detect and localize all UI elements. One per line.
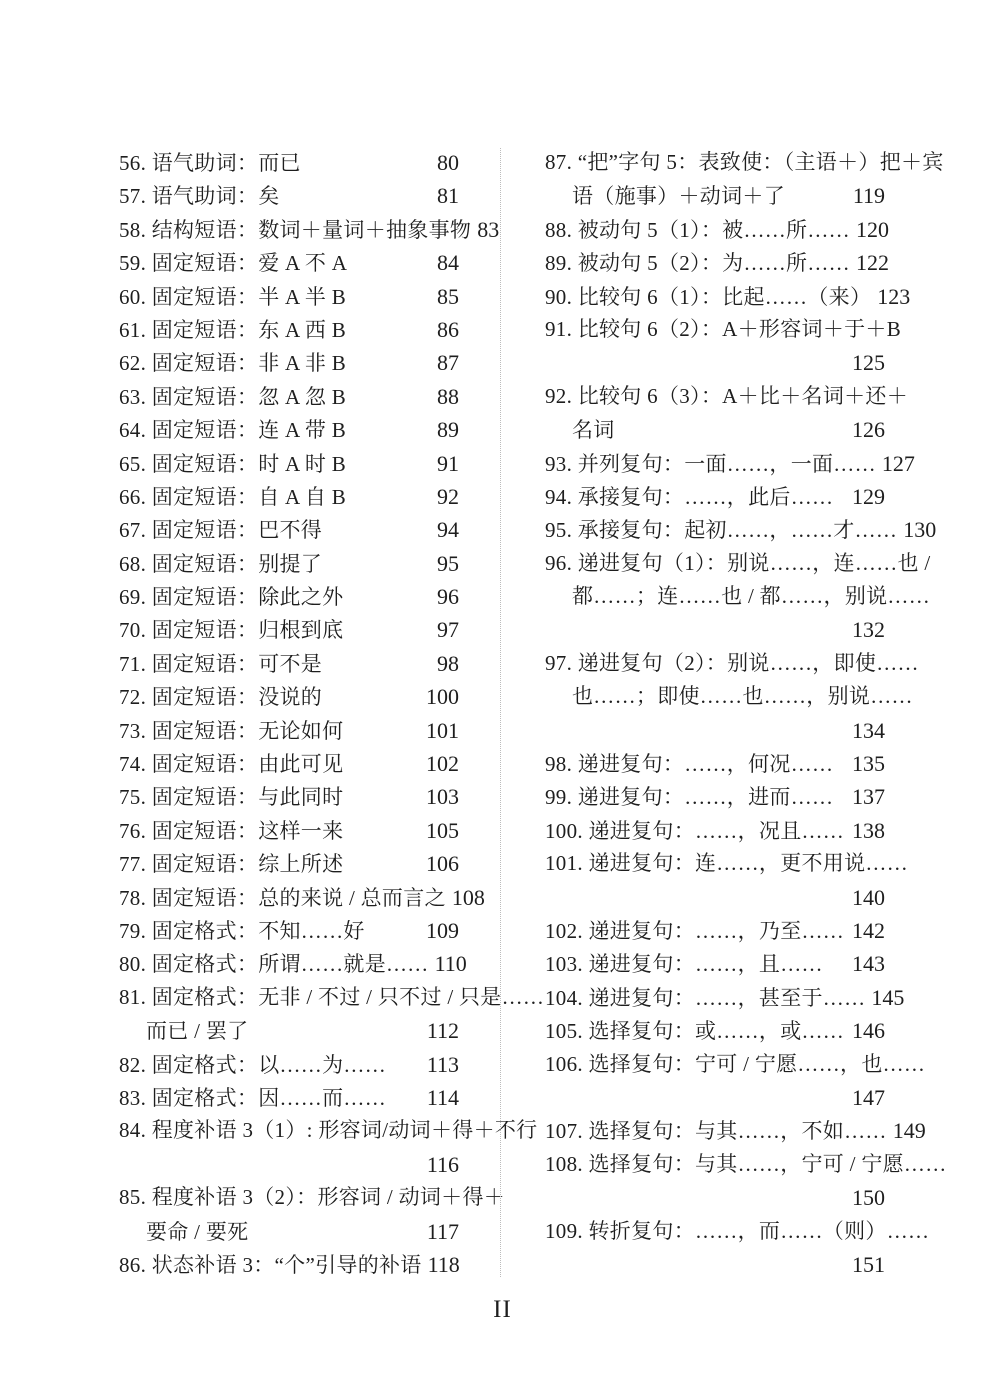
entry-text: 63. 固定短语：忽 A 忽 B — [119, 381, 346, 414]
entry-text: 语（施事）＋动词＋了 — [572, 180, 785, 213]
toc-entry-line: 56. 语气助词：而已80 — [119, 146, 459, 179]
page-number: 119 — [853, 179, 885, 212]
toc-entry-line: 150 — [545, 1181, 885, 1214]
page-number: 137 — [852, 780, 885, 813]
entry-text: 而已 / 罢了 — [146, 1015, 248, 1048]
page-number: 113 — [427, 1048, 459, 1081]
page-number: 84 — [437, 246, 459, 279]
page-number: 118 — [428, 1248, 460, 1281]
page-number: 100 — [426, 680, 459, 713]
page-number: 101 — [426, 714, 459, 747]
toc-entry-line: 75. 固定短语：与此同时103 — [119, 780, 459, 813]
toc-entry-line: 76. 固定短语：这样一来105 — [119, 814, 459, 847]
page-number: 117 — [427, 1215, 459, 1248]
entry-text: 104. 递进复句：……，甚至于…… — [545, 982, 865, 1015]
toc-entry-line: 98. 递进复句：……，何况……135 — [545, 747, 885, 780]
toc-entry-line: 65. 固定短语：时 A 时 B91 — [119, 447, 459, 480]
toc-entry-line: 59. 固定短语：爱 A 不 A84 — [119, 246, 459, 279]
entry-text: 75. 固定短语：与此同时 — [119, 781, 343, 814]
page-number: 98 — [437, 647, 459, 680]
entry-text: 92. 比较句 6（3）：A＋比＋名词＋还＋ — [545, 380, 908, 413]
toc-entry-line: 96. 递进复句（1）：别说……，连……也 / — [545, 547, 885, 580]
toc-entry-line: 61. 固定短语：东 A 西 B86 — [119, 313, 459, 346]
page-number: 135 — [852, 747, 885, 780]
entry-text: 84. 程度补语 3（1）: 形容词/动词＋得＋不行 — [119, 1114, 537, 1147]
toc-entry-line: 也……；即使……也……，别说…… — [545, 680, 885, 713]
entry-text: 99. 递进复句：……，进而…… — [545, 781, 833, 814]
toc-entry-line: 57. 语气助词：矣81 — [119, 179, 459, 212]
toc-entry-line: 62. 固定短语：非 A 非 B87 — [119, 346, 459, 379]
toc-entry-line: 67. 固定短语：巴不得94 — [119, 513, 459, 546]
entry-text: 107. 选择复句：与其……，不如…… — [545, 1115, 887, 1148]
page-number: 88 — [437, 380, 459, 413]
page-number: 120 — [856, 213, 889, 246]
entry-text: 83. 固定格式：因……而…… — [119, 1082, 386, 1115]
toc-entry-line: 151 — [545, 1248, 885, 1281]
entry-text: 74. 固定短语：由此可见 — [119, 748, 343, 781]
toc-entry-line: 86. 状态补语 3：“个”引导的补语118 — [119, 1248, 459, 1281]
toc-entry-line: 71. 固定短语：可不是98 — [119, 647, 459, 680]
toc-entry-line: 78. 固定短语：总的来说 / 总而言之108 — [119, 881, 459, 914]
page-number: 91 — [437, 447, 459, 480]
toc-entry-line: 100. 递进复句：……，况且……138 — [545, 814, 885, 847]
toc-entry-line: 95. 承接复句：起初……，……才……130 — [545, 513, 885, 546]
toc-right-column: 87. “把”字句 5：表致使：（主语＋）把＋宾语（施事）＋动词＋了11988.… — [545, 146, 885, 1281]
page-number: 125 — [852, 346, 885, 379]
toc-entry-line: 132 — [545, 613, 885, 646]
page-number: 80 — [437, 146, 459, 179]
entry-text: 103. 递进复句：……，且…… — [545, 948, 823, 981]
page-number: 145 — [871, 981, 904, 1014]
entry-text: 89. 被动句 5（2）：为……所…… — [545, 247, 850, 280]
toc-left-column: 56. 语气助词：而已8057. 语气助词：矣8158. 结构短语：数词＋量词＋… — [119, 146, 459, 1281]
entry-text: 68. 固定短语：别提了 — [119, 548, 322, 581]
entry-text: 82. 固定格式：以……为…… — [119, 1049, 386, 1082]
page-number: 150 — [852, 1181, 885, 1214]
toc-entry-line: 名词126 — [545, 413, 885, 446]
page-number: 138 — [852, 814, 885, 847]
entry-text: 73. 固定短语：无论如何 — [119, 715, 343, 748]
entry-text: 86. 状态补语 3：“个”引导的补语 — [119, 1249, 422, 1282]
toc-entry-line: 74. 固定短语：由此可见102 — [119, 747, 459, 780]
page-number: 146 — [852, 1014, 885, 1047]
toc-entry-line: 68. 固定短语：别提了95 — [119, 547, 459, 580]
entry-text: 64. 固定短语：连 A 带 B — [119, 414, 346, 447]
toc-entry-line: 79. 固定格式：不知……好109 — [119, 914, 459, 947]
page-number: 123 — [877, 280, 910, 313]
toc-entry-line: 87. “把”字句 5：表致使：（主语＋）把＋宾 — [545, 146, 885, 179]
page-number: 151 — [852, 1248, 885, 1281]
toc-entry-line: 89. 被动句 5（2）：为……所……122 — [545, 246, 885, 279]
page-number: 106 — [426, 847, 459, 880]
entry-text: 80. 固定格式：所谓……就是…… — [119, 948, 429, 981]
page-number: 149 — [893, 1114, 926, 1147]
entry-text: 65. 固定短语：时 A 时 B — [119, 448, 346, 481]
entry-text: 56. 语气助词：而已 — [119, 147, 301, 180]
entry-text: 101. 递进复句：连……，更不用说…… — [545, 847, 908, 880]
entry-text: 109. 转折复句：……，而……（则）…… — [545, 1215, 929, 1248]
entry-text: 都……；连……也 / 都……，别说…… — [572, 580, 930, 613]
toc-entry-line: 80. 固定格式：所谓……就是……110 — [119, 947, 459, 980]
page-number: 96 — [437, 580, 459, 613]
toc-entry-line: 69. 固定短语：除此之外96 — [119, 580, 459, 613]
toc-entry-line: 101. 递进复句：连……，更不用说…… — [545, 847, 885, 880]
toc-entry-line: 84. 程度补语 3（1）: 形容词/动词＋得＋不行 — [119, 1114, 459, 1147]
page-number: 81 — [437, 179, 459, 212]
entry-text: 名词 — [572, 414, 615, 447]
toc-entry-line: 140 — [545, 881, 885, 914]
toc-entry-line: 63. 固定短语：忽 A 忽 B88 — [119, 380, 459, 413]
entry-text: 87. “把”字句 5：表致使：（主语＋）把＋宾 — [545, 146, 944, 179]
entry-text: 也……；即使……也……，别说…… — [572, 680, 913, 713]
page-number: 140 — [852, 881, 885, 914]
page-number: 127 — [882, 447, 915, 480]
toc-entry-line: 而已 / 罢了112 — [119, 1014, 459, 1047]
entry-text: 95. 承接复句：起初……，……才…… — [545, 514, 897, 547]
page-number: 83 — [477, 213, 499, 246]
entry-text: 97. 递进复句（2）：别说……，即使…… — [545, 647, 919, 680]
page-number: 130 — [903, 513, 936, 546]
entry-text: 59. 固定短语：爱 A 不 A — [119, 247, 347, 280]
page-number: 105 — [426, 814, 459, 847]
entry-text: 105. 选择复句：或……，或…… — [545, 1015, 844, 1048]
toc-entry-line: 134 — [545, 714, 885, 747]
toc-entry-line: 90. 比较句 6（1）：比起……（来）123 — [545, 280, 885, 313]
entry-text: 70. 固定短语：归根到底 — [119, 614, 343, 647]
page-number: 114 — [427, 1081, 459, 1114]
entry-text: 78. 固定短语：总的来说 / 总而言之 — [119, 882, 446, 915]
page-number: 94 — [437, 513, 459, 546]
entry-text: 102. 递进复句：……，乃至…… — [545, 915, 844, 948]
toc-entry-line: 99. 递进复句：……，进而……137 — [545, 780, 885, 813]
entry-text: 62. 固定短语：非 A 非 B — [119, 347, 346, 380]
page-number: 108 — [452, 881, 485, 914]
toc-entry-line: 93. 并列复句：一面……，一面……127 — [545, 447, 885, 480]
page-footer-number: II — [0, 1296, 1005, 1324]
page-number: 109 — [426, 914, 459, 947]
toc-entry-line: 106. 选择复句：宁可 / 宁愿……，也…… — [545, 1048, 885, 1081]
page-number: 126 — [852, 413, 885, 446]
toc-entry-line: 83. 固定格式：因……而……114 — [119, 1081, 459, 1114]
toc-entry-line: 语（施事）＋动词＋了119 — [545, 179, 885, 212]
page-number: 116 — [427, 1148, 459, 1181]
page-number: 97 — [437, 613, 459, 646]
page-number: 134 — [852, 714, 885, 747]
entry-text: 94. 承接复句：……，此后…… — [545, 481, 833, 514]
page-number: 142 — [852, 914, 885, 947]
toc-entry-line: 108. 选择复句：与其……，宁可 / 宁愿…… — [545, 1148, 885, 1181]
toc-page: 56. 语气助词：而已8057. 语气助词：矣8158. 结构短语：数词＋量词＋… — [0, 0, 1005, 1400]
toc-entry-line: 147 — [545, 1081, 885, 1114]
toc-entry-line: 94. 承接复句：……，此后……129 — [545, 480, 885, 513]
column-divider — [500, 148, 501, 1277]
entry-text: 85. 程度补语 3（2）：形容词 / 动词＋得＋ — [119, 1181, 505, 1214]
toc-entry-line: 66. 固定短语：自 A 自 B92 — [119, 480, 459, 513]
page-number: 129 — [852, 480, 885, 513]
toc-entry-line: 88. 被动句 5（1）：被……所……120 — [545, 213, 885, 246]
page-number: 92 — [437, 480, 459, 513]
entry-text: 69. 固定短语：除此之外 — [119, 581, 343, 614]
toc-entry-line: 116 — [119, 1148, 459, 1181]
entry-text: 58. 结构短语：数词＋量词＋抽象事物 — [119, 214, 471, 247]
page-number: 102 — [426, 747, 459, 780]
entry-text: 90. 比较句 6（1）：比起……（来） — [545, 281, 871, 314]
entry-text: 81. 固定格式：无非 / 不过 / 只不过 / 只是…… — [119, 981, 544, 1014]
entry-text: 61. 固定短语：东 A 西 B — [119, 314, 346, 347]
entry-text: 72. 固定短语：没说的 — [119, 681, 322, 714]
page-number: 132 — [852, 613, 885, 646]
toc-entry-line: 60. 固定短语：半 A 半 B85 — [119, 280, 459, 313]
toc-entry-line: 64. 固定短语：连 A 带 B89 — [119, 413, 459, 446]
entry-text: 79. 固定格式：不知……好 — [119, 915, 365, 948]
toc-entry-line: 102. 递进复句：……，乃至……142 — [545, 914, 885, 947]
page-number: 103 — [426, 780, 459, 813]
toc-entry-line: 都……；连……也 / 都……，别说…… — [545, 580, 885, 613]
entry-text: 98. 递进复句：……，何况…… — [545, 748, 833, 781]
toc-entry-line: 要命 / 要死117 — [119, 1215, 459, 1248]
toc-entry-line: 109. 转折复句：……，而……（则）…… — [545, 1215, 885, 1248]
toc-entry-line: 103. 递进复句：……，且……143 — [545, 947, 885, 980]
page-number: 87 — [437, 346, 459, 379]
entry-text: 106. 选择复句：宁可 / 宁愿……，也…… — [545, 1048, 925, 1081]
toc-entry-line: 72. 固定短语：没说的100 — [119, 680, 459, 713]
toc-entry-line: 73. 固定短语：无论如何101 — [119, 714, 459, 747]
entry-text: 76. 固定短语：这样一来 — [119, 815, 343, 848]
page-number: 143 — [852, 947, 885, 980]
entry-text: 100. 递进复句：……，况且…… — [545, 815, 844, 848]
toc-entry-line: 107. 选择复句：与其……，不如……149 — [545, 1114, 885, 1147]
entry-text: 108. 选择复句：与其……，宁可 / 宁愿…… — [545, 1148, 947, 1181]
entry-text: 57. 语气助词：矣 — [119, 180, 280, 213]
toc-entry-line: 70. 固定短语：归根到底97 — [119, 613, 459, 646]
page-number: 85 — [437, 280, 459, 313]
entry-text: 96. 递进复句（1）：别说……，连……也 / — [545, 547, 930, 580]
toc-entry-line: 97. 递进复句（2）：别说……，即使…… — [545, 647, 885, 680]
page-number: 147 — [852, 1081, 885, 1114]
page-number: 112 — [427, 1014, 459, 1047]
toc-entry-line: 91. 比较句 6（2）：A＋形容词＋于＋B — [545, 313, 885, 346]
page-number: 110 — [435, 947, 467, 980]
entry-text: 66. 固定短语：自 A 自 B — [119, 481, 346, 514]
toc-entry-line: 58. 结构短语：数词＋量词＋抽象事物83 — [119, 213, 459, 246]
entry-text: 60. 固定短语：半 A 半 B — [119, 281, 346, 314]
toc-entry-line: 85. 程度补语 3（2）：形容词 / 动词＋得＋ — [119, 1181, 459, 1214]
page-number: 86 — [437, 313, 459, 346]
toc-entry-line: 92. 比较句 6（3）：A＋比＋名词＋还＋ — [545, 380, 885, 413]
toc-entry-line: 105. 选择复句：或……，或……146 — [545, 1014, 885, 1047]
entry-text: 91. 比较句 6（2）：A＋形容词＋于＋B — [545, 313, 901, 346]
toc-entry-line: 125 — [545, 346, 885, 379]
entry-text: 要命 / 要死 — [146, 1216, 248, 1249]
page-number: 89 — [437, 413, 459, 446]
toc-entry-line: 104. 递进复句：……，甚至于……145 — [545, 981, 885, 1014]
toc-entry-line: 82. 固定格式：以……为……113 — [119, 1048, 459, 1081]
page-number: 95 — [437, 547, 459, 580]
entry-text: 88. 被动句 5（1）：被……所…… — [545, 214, 850, 247]
entry-text: 93. 并列复句：一面……，一面…… — [545, 448, 876, 481]
toc-entry-line: 77. 固定短语：综上所述106 — [119, 847, 459, 880]
toc-entry-line: 81. 固定格式：无非 / 不过 / 只不过 / 只是…… — [119, 981, 459, 1014]
entry-text: 67. 固定短语：巴不得 — [119, 514, 322, 547]
page-number: 122 — [856, 246, 889, 279]
entry-text: 77. 固定短语：综上所述 — [119, 848, 343, 881]
entry-text: 71. 固定短语：可不是 — [119, 648, 322, 681]
